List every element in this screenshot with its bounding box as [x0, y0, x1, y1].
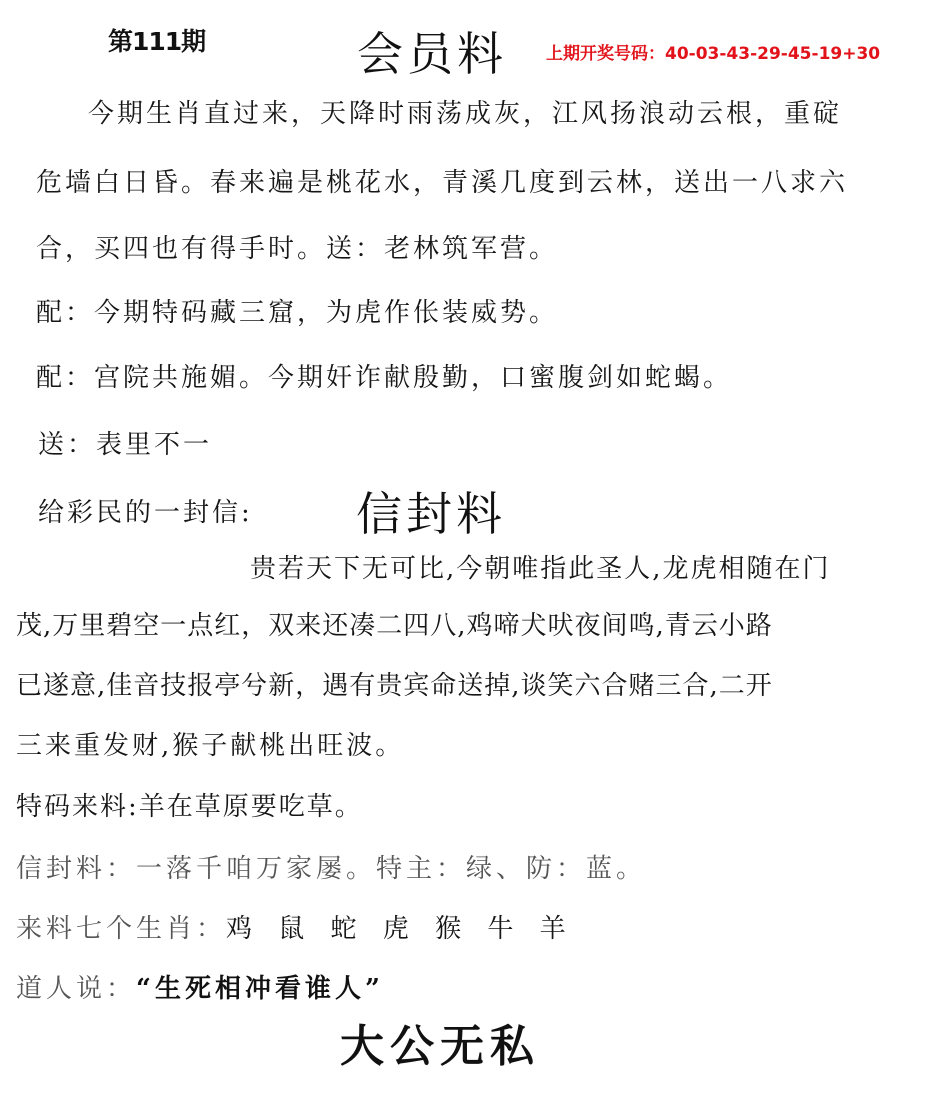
- last-draw-results: 上期开奖号码：40-03-43-29-45-19+30: [546, 39, 880, 64]
- letter-line-1: 贵若天下无可比,今朝唯指此圣人,龙虎相随在门: [250, 548, 831, 585]
- taoist-line: 道人说：“生死相冲看谁人”: [16, 968, 384, 1005]
- letter-material-title: 信封料: [356, 478, 506, 544]
- member-line-5: 配：宫院共施媚。今期奸诈献殷勤，口蜜腹剑如蛇蝎。: [36, 357, 732, 394]
- seven-zodiacs-list: 鸡 鼠 蛇 虎 猴 牛 羊: [226, 914, 570, 944]
- member-material-title: 会员料: [357, 18, 507, 84]
- member-line-3: 合，买四也有得手时。送：老林筑军营。: [36, 228, 558, 265]
- special-code-line: 特码来料:羊在草原要吃草。: [16, 786, 363, 823]
- taoist-label: 道人说：: [16, 974, 136, 1004]
- letter-material-line: 信封料：一落千咱万家屡。特主：绿、防：蓝。: [16, 848, 646, 885]
- last-draw-label: 上期开奖号码：: [546, 44, 665, 64]
- seven-zodiacs-line: 来料七个生肖：鸡 鼠 蛇 虎 猴 牛 羊: [16, 908, 570, 945]
- letter-line-3: 已遂意,佳音技报亭兮新，遇有贵宾命送掉,谈笑六合赌三合,二开: [16, 665, 773, 702]
- letter-line-4: 三来重发财,猴子献桃出旺波。: [16, 725, 404, 762]
- seven-zodiacs-label: 来料七个生肖：: [16, 914, 226, 944]
- letter-line-2: 茂,万里碧空一点红，双来还凑二四八,鸡啼犬吠夜间鸣,青云小路: [16, 605, 773, 642]
- taoist-quote: “生死相冲看谁人”: [136, 974, 384, 1004]
- member-line-4: 配：今期特码藏三窟，为虎作伥装威势。: [36, 292, 558, 329]
- last-draw-numbers: 40-03-43-29-45-19+30: [665, 44, 880, 64]
- member-line-2: 危墙白日昏。春来遍是桃花水，青溪几度到云林，送出一八求六: [36, 162, 848, 199]
- member-line-6: 送：表里不一: [38, 424, 212, 461]
- issue-number: 第111期: [108, 22, 205, 58]
- motto: 大公无私: [340, 1010, 540, 1074]
- member-line-1: 今期生肖直过来，天降时雨荡成灰，江风扬浪动云根，重碇: [88, 93, 842, 130]
- letter-intro: 给彩民的一封信:: [38, 492, 253, 529]
